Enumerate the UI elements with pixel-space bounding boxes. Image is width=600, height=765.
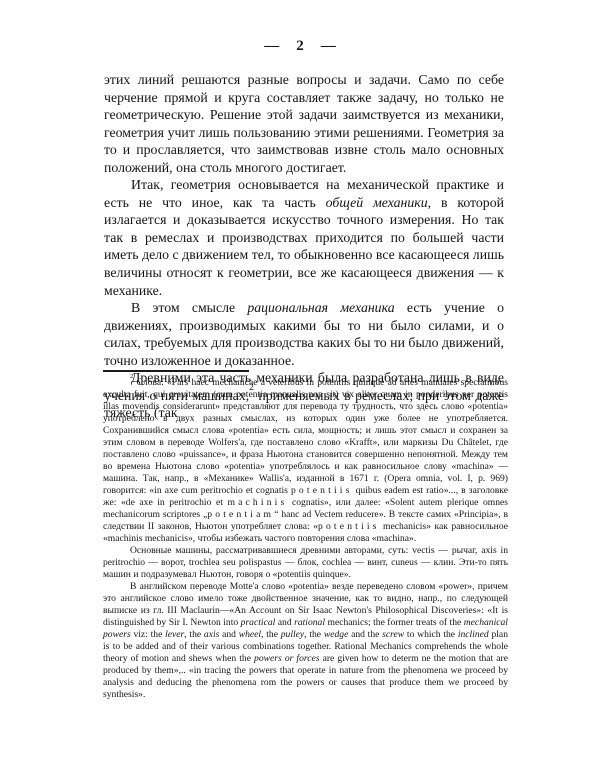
text-segment: pulley [281,629,304,640]
text-segment: , the [261,629,281,640]
text-segment: rational [294,617,325,628]
body-paragraph: этих линий решаются разные вопросы и зад… [104,71,504,176]
body-paragraph: Итак, геометрия основывается на механиче… [104,176,504,299]
text-segment: and [275,617,294,628]
body-paragraph: В этом смысле рациональная механика есть… [104,299,504,369]
footnote-separator [103,370,249,372]
footnote-reference-mark: 2 [130,373,133,380]
text-segment: and [219,629,238,640]
page-number-left-dash: — [264,38,279,55]
text-segment: axis [204,629,219,640]
text-segment: Основные машины, рассматривавшиеся древн… [103,545,508,580]
footnote-paragraph: Основные машины, рассматривавшиеся древн… [103,545,508,581]
text-segment: , в которой излагается и доказывается ис… [104,195,504,298]
text-segment: potentiis [291,485,353,496]
text-segment: practical [241,617,276,628]
page-number: — 2 — [0,38,600,55]
text-segment: potentiis [318,521,380,532]
page-number-right-dash: — [321,38,336,55]
text-segment: , the [184,629,204,640]
text-segment: этих линий решаются разные вопросы и зад… [104,72,504,175]
text-segment: machinis [227,497,287,508]
page-number-value: 2 [296,38,304,55]
text-segment: screw [382,629,404,640]
text-segment: mechanics; the former treats of the [325,617,464,628]
text-segment: wheel [239,629,261,640]
text-segment: powers or forces [254,653,320,664]
text-segment: potentiam [207,509,274,520]
text-segment: общей механики [326,195,428,210]
text-segment: inclined [458,629,489,640]
text-segment: wedge [324,629,349,640]
text-segment: lever [165,629,184,640]
book-page: — 2 — этих линий решаются разные вопросы… [0,0,600,765]
text-segment: to which the [404,629,458,640]
text-segment: and the [348,629,382,640]
text-segment: рациональная механика [247,300,394,315]
text-segment: В этом смысле [131,300,247,315]
text-segment: , the [304,629,324,640]
footnote-paragraph: В английском переводе Motte'а слово «pot… [103,581,508,701]
text-segment: Слова: «Pars haec mechanicae a veteribus… [103,377,508,496]
footnote-text: 2 Слова: «Pars haec mechanicae a veterib… [103,377,508,701]
text-segment: viz: the [131,629,165,640]
footnote-paragraph: 2 Слова: «Pars haec mechanicae a veterib… [103,377,508,545]
